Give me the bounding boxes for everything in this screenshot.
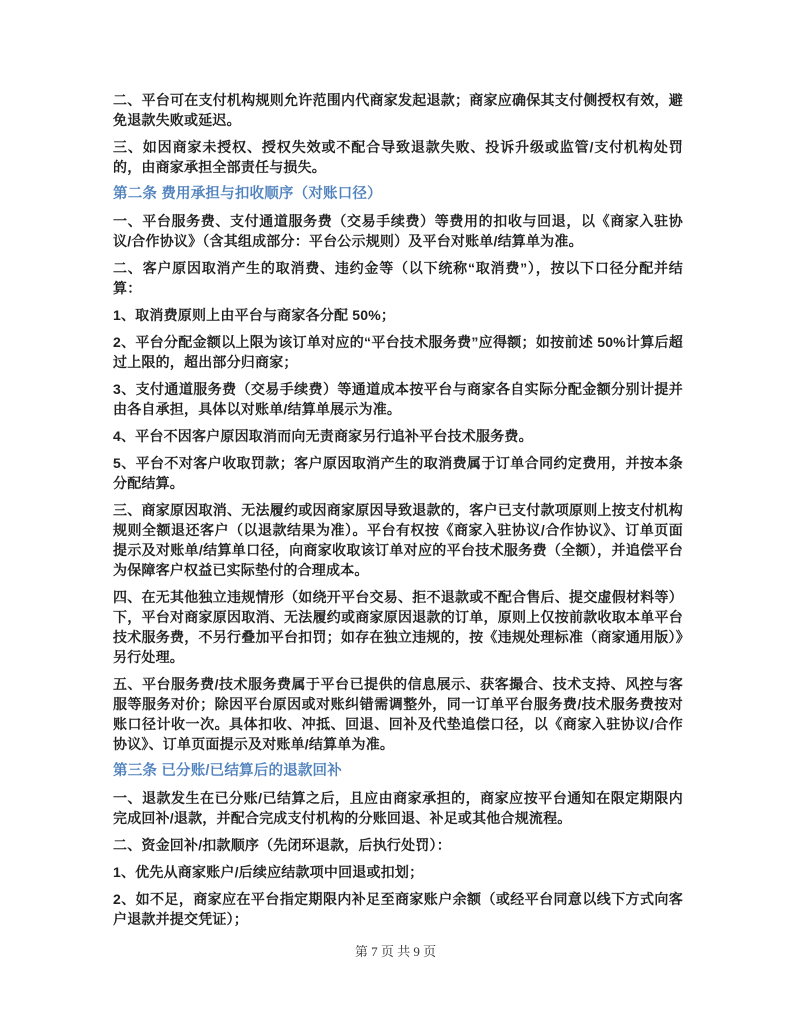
paragraph: 1、取消费原则上由平台与商家各分配 50%；: [113, 305, 683, 325]
clause-2-heading: 第二条 费用承担与扣收顺序（对账口径）: [113, 184, 683, 204]
paragraph: 2、平台分配金额以上限为该订单对应的“平台技术服务费”应得额；如按前述 50%计…: [113, 332, 683, 372]
paragraph: 二、平台可在支付机构规则允许范围内代商家发起退款；商家应确保其支付侧授权有效，避…: [113, 90, 683, 130]
paragraph: 二、客户原因取消产生的取消费、违约金等（以下统称“取消费”），按以下口径分配并结…: [113, 258, 683, 298]
paragraph: 二、资金回补/扣款顺序（先闭环退款，后执行处罚）：: [113, 835, 683, 855]
paragraph: 一、平台服务费、支付通道服务费（交易手续费）等费用的扣收与回退，以《商家入驻协议…: [113, 211, 683, 251]
paragraph: 四、在无其他独立违规情形（如绕开平台交易、拒不退款或不配合售后、提交虚假材料等）…: [113, 587, 683, 667]
paragraph: 三、如因商家未授权、授权失效或不配合导致退款失败、投诉升级或监管/支付机构处罚的…: [113, 137, 683, 177]
paragraph: 2、如不足，商家应在平台指定期限内补足至商家账户余额（或经平台同意以线下方式向客…: [113, 889, 683, 929]
clause-3-heading: 第三条 已分账/已结算后的退款回补: [113, 761, 683, 781]
document-body: 二、平台可在支付机构规则允许范围内代商家发起退款；商家应确保其支付侧授权有效，避…: [113, 90, 683, 936]
paragraph: 三、商家原因取消、无法履约或因商家原因导致退款的，客户已支付款项原则上按支付机构…: [113, 500, 683, 580]
paragraph: 1、优先从商家账户/后续应结款项中回退或扣划；: [113, 862, 683, 882]
paragraph: 一、退款发生在已分账/已结算之后，且应由商家承担的，商家应按平台通知在限定期限内…: [113, 788, 683, 828]
paragraph: 5、平台不对客户收取罚款；客户原因取消产生的取消费属于订单合同约定费用，并按本条…: [113, 453, 683, 493]
paragraph: 4、平台不因客户原因取消而向无责商家另行追补平台技术服务费。: [113, 426, 683, 446]
paragraph: 五、平台服务费/技术服务费属于平台已提供的信息展示、获客撮合、技术支持、风控与客…: [113, 674, 683, 754]
page-number: 第 7 页 共 9 页: [0, 943, 791, 961]
paragraph: 3、支付通道服务费（交易手续费）等通道成本按平台与商家各自实际分配金额分别计提并…: [113, 379, 683, 419]
document-page: 二、平台可在支付机构规则允许范围内代商家发起退款；商家应确保其支付侧授权有效，避…: [0, 0, 791, 1024]
